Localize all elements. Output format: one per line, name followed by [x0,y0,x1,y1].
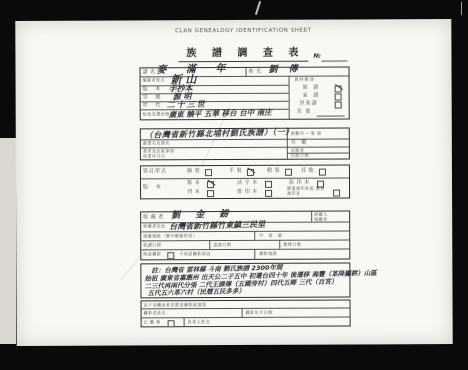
handwritten-value: 台灣省新竹縣竹東鎮三民里 [169,221,265,231]
field-label: 編纂者姓名 [143,78,166,82]
checkbox-icon [205,169,212,176]
field-label: 譜 名 [143,70,156,76]
table-genealogy-main: 譜 名 麥 滿 年 姓 氏 劉 傳 編纂者姓名 新 山 版 本 手抄本 堂 號 … [139,66,349,120]
grid-line [242,308,243,317]
checkbox-icon [207,190,214,197]
grid-line [184,317,185,326]
field-label: 冊數共 ─ 第 冊 [291,132,322,137]
field-label: 負責人姓名： [188,320,215,325]
grid-line [246,68,247,76]
field-label: 同意攝影 [143,252,161,256]
table-filming-section: 以下各欄由麥克膠卷攝影組填寫 攝影者姓名： 攝影年月日期： 已 攝 畢 負責人姓… [141,299,351,327]
grid-line [279,240,280,249]
field-label: 現藏者 [314,217,328,221]
panel-header: 資料類別 [295,78,315,82]
paper: CLAN GENEALOGY IDENTIFICATION SHEET 族 譜 … [15,19,452,346]
handwritten-value: 二十三世 [167,101,207,110]
checkbox-icon [168,320,175,327]
field-label: 世 代 [143,103,164,109]
film-right-band [452,0,468,348]
option-label: 其 他 [301,169,314,175]
option-label: 靜電複印本或 微卷複印本 [287,187,329,197]
note-box: 註：台灣省 雲林縣 斗南 劉氏族譜 2300年間 始祖 廣東省嘉應州 出天公二子… [140,262,350,298]
checkbox-icon [319,169,326,176]
field-label: 成書年月日 [143,154,166,158]
chinese-title: 族 譜 調 查 表 [178,48,308,63]
microfilm-scan: CLAN GENEALOGY IDENTIFICATION SHEET 族 譜 … [0,0,468,370]
option-label: 族 譜 [303,86,321,92]
handwritten-value: 廣東 饒平 五華 移台 台中 南庄 [169,109,272,119]
field-label: 出版日期 [291,154,309,158]
grid-line [141,248,349,250]
grid-line [311,212,312,222]
option-label: 刊 本 [187,190,200,196]
option-label: 寫 本 [187,181,200,187]
field-label: 字 第 號 [259,233,284,237]
field-label: 收譜日期 [143,243,161,247]
grid-line [141,239,349,241]
checkbox-icon [285,169,292,176]
field-label: 攝影年月日期： [246,311,278,316]
table-holder-info: 收 藏 者 劉 金 鎊 原藏人 現藏者 收藏者住址 台灣省新竹縣竹東鎮三民里 現… [140,210,350,260]
grid-line [209,240,210,249]
field-label: 已 攝 畢 [144,320,161,324]
field-label: 裝訂形式 [143,169,167,175]
field-label: 攝影者姓名： [144,311,171,316]
field-label: 收 藏 者 [143,215,164,221]
handwritten-value: 劉 傳 [268,65,301,75]
field-label: 叢書名及冊次 [143,141,170,146]
handwritten-value: 劉 金 鎊 [171,210,234,221]
film-bottom-bar [0,344,468,370]
handwritten-note-line: 五代五六革六村（民曆五民多多） [147,288,245,297]
table-binding-edition: 裝訂形式 線 裝 平 裝 精 裝 其 他 版 本 寫 本 活 字 本 影 印 本… [140,164,350,199]
film-edge-line [461,2,462,15]
grid-line [254,249,255,259]
field-label: 收藏者住址 [143,224,166,228]
other-underline [317,116,345,117]
field-label: 現藏地點（縣市鄉鎮村里） [143,234,197,239]
checkbox-icon [335,102,342,109]
film-left-band [0,0,16,138]
section-header: 以下各欄由麥克膠卷攝影組填寫 [144,303,207,308]
field-label: 姓 氏 [249,70,262,76]
checkbox-icon [265,190,272,197]
grid-line [254,231,255,240]
field-label: 還譜日期 [213,243,231,247]
option-label: 家 譜 [303,94,321,100]
table-title-info: （台灣省新竹縣北埔村劉氏族譜）（一） 冊數共 ─ 第 冊 叢書名及冊次 頁 數 … [140,127,350,160]
field-label: 版 本 [143,87,164,93]
checkbox-icon [335,94,342,101]
field-label: 堂 號 [143,95,164,101]
grid-line [142,316,350,318]
corner-underline [321,61,347,62]
option-label: 線 裝 [187,169,200,175]
material-type-panel: 資料類別 族 譜 家 譜 世系譜 其 他 [289,75,349,118]
field-label: 不同意攝影原因 [179,252,211,257]
field-label: 攝影地點 [259,252,277,256]
film-left-gray [0,138,16,344]
field-label: 頁 數 [291,141,309,147]
field-label: 版 本 [143,185,164,191]
checkbox-icon [333,190,340,197]
option-label: 活 字 本 [237,181,258,187]
field-label: 整理日期 [283,242,301,246]
option-label: 世系譜 [300,102,318,108]
option-label: 精 裝 [267,169,280,175]
corner-mark: № [313,54,320,60]
checkbox-icon [265,181,272,188]
option-label: 平 裝 [229,169,242,175]
english-title: CLAN GENEALOGY IDENTIFICATION SHEET [139,28,347,35]
field-label: 始祖及遷居地 [143,112,170,117]
checkbox-icon [167,252,174,259]
form: CLAN GENEALOGY IDENTIFICATION SHEET 族 譜 … [139,20,348,346]
option-label: 其 他 [297,110,312,116]
option-label: 排 印 本 [237,190,258,196]
film-top-bar [0,0,468,19]
